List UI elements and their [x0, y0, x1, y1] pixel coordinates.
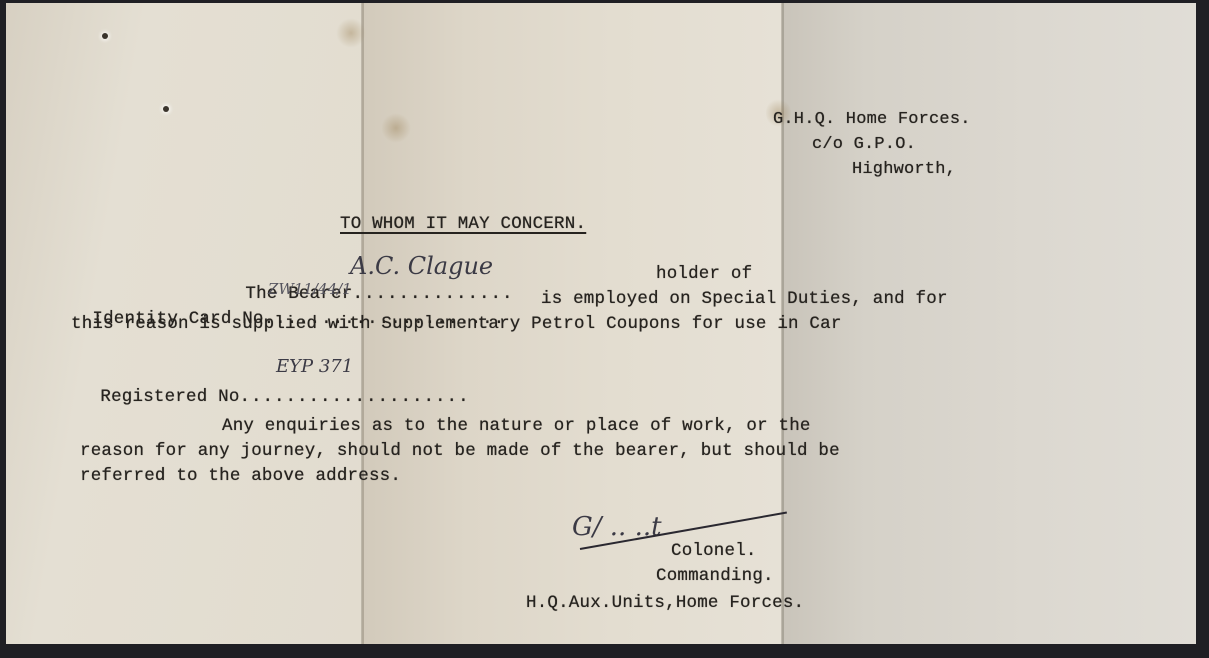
paper-panel-right: [782, 3, 1196, 644]
signature-rank: Colonel.: [671, 541, 757, 561]
enquiries-line-2: reason for any journey, should not be ma…: [80, 441, 840, 461]
registered-label: Registered No....................: [79, 367, 470, 407]
signature-role: Commanding.: [656, 566, 774, 586]
holder-of-text: holder of: [656, 264, 752, 284]
address-line-2: c/o G.P.O.: [812, 135, 916, 154]
registered-dots: ....................: [240, 387, 470, 407]
signature-unit: H.Q.Aux.Units,Home Forces.: [526, 593, 804, 613]
letter-heading: TO WHOM IT MAY CONCERN.: [340, 214, 586, 234]
stain-mark: [336, 18, 366, 48]
pin-hole: [163, 106, 169, 112]
registered-number-handwritten: EYP 371: [276, 356, 353, 377]
address-line-3: Highworth,: [852, 160, 956, 179]
bearer-name-handwritten: A.C. Clague: [350, 252, 493, 280]
stain-mark: [381, 113, 411, 143]
address-line-1: G.H.Q. Home Forces.: [773, 110, 971, 129]
identity-suffix-text: is employed on Special Duties, and for: [541, 289, 948, 309]
enquiries-line-3: referred to the above address.: [80, 466, 401, 486]
enquiries-line-1: Any enquiries as to the nature or place …: [222, 416, 811, 436]
identity-number-handwritten: ZW11/44/1: [268, 280, 352, 298]
registered-prefix: Registered No: [100, 387, 239, 407]
coupons-text: this reason is supplied with Supplementa…: [71, 314, 842, 334]
pin-hole: [102, 33, 108, 39]
